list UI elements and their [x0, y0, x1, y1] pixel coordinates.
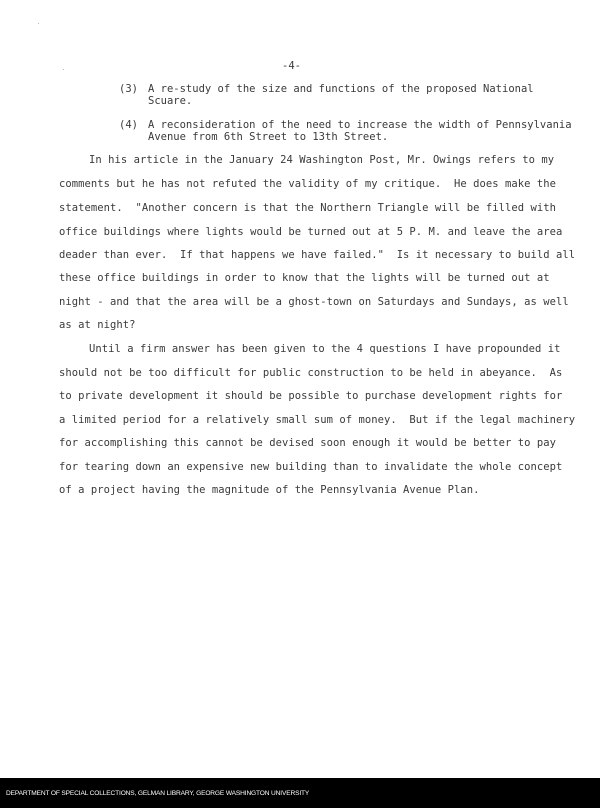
paragraph-line: these office buildings in order to know …: [59, 272, 550, 284]
paragraph-line: a limited period for a relatively small …: [59, 414, 575, 426]
paragraph-line: should not be too difficult for public c…: [59, 367, 562, 379]
paragraph-line: for accomplishing this cannot be devised…: [59, 437, 556, 449]
paragraph-line: as at night?: [59, 319, 135, 331]
list-item-line: A re-study of the size and functions of …: [148, 83, 534, 95]
list-item-line: Scuare.: [148, 95, 192, 107]
paragraph-line: statement. "Another concern is that the …: [59, 202, 556, 214]
list-item-line: A reconsideration of the need to increas…: [148, 119, 572, 131]
paragraph-line: to private development it should be poss…: [59, 390, 562, 402]
scan-speck: [38, 23, 39, 24]
paragraph-line: for tearing down an expensive new buildi…: [59, 461, 562, 473]
archive-credit: DEPARTMENT OF SPECIAL COLLECTIONS, GELMA…: [6, 790, 309, 797]
paragraph-line: In his article in the January 24 Washing…: [89, 154, 554, 166]
page-number: -4-: [282, 60, 301, 72]
list-item-number: (3): [119, 83, 138, 95]
list-item-number: (4): [119, 119, 138, 131]
paragraph-line: night - and that the area will be a ghos…: [59, 296, 569, 308]
paragraph-line: Until a firm answer has been given to th…: [89, 343, 561, 355]
paragraph-line: office buildings where lights would be t…: [59, 226, 562, 238]
paragraph-line: comments but he has not refuted the vali…: [59, 178, 556, 190]
list-item-line: Avenue from 6th Street to 13th Street.: [148, 131, 388, 143]
paragraph-line: of a project having the magnitude of the…: [59, 484, 480, 496]
paragraph-line: deader than ever. If that happens we hav…: [59, 249, 575, 261]
archive-footer-bar: DEPARTMENT OF SPECIAL COLLECTIONS, GELMA…: [0, 778, 600, 808]
scan-speck: [63, 69, 64, 70]
